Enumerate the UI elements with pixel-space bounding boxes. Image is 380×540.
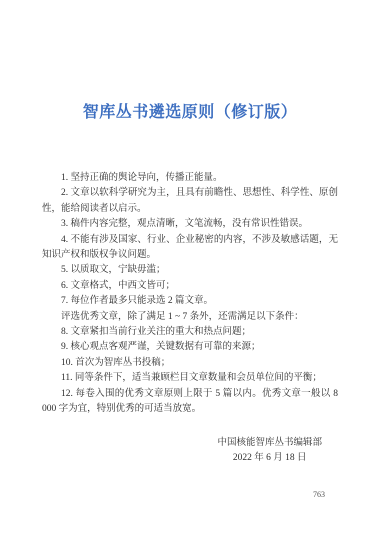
document-page: 智库丛书遴选原则（修订版） 1. 坚持正确的舆论导向，传播正能量。 2. 文章以… [0,0,380,540]
document-body: 1. 坚持正确的舆论导向，传播正能量。 2. 文章以软科学研究为主，且具有前瞻性… [42,171,338,466]
list-item-1: 1. 坚持正确的舆论导向，传播正能量。 [42,171,338,186]
signature-date: 2022 年 6 月 18 日 [217,451,322,466]
signature-block: 中国核能智库丛书编辑部 2022 年 6 月 18 日 [217,436,322,467]
list-item-3: 3. 稿件内容完整，观点清晰，文笔流畅，没有常识性错误。 [42,217,338,232]
list-item-4: 4. 不能有涉及国家、行业、企业秘密的内容，不涉及敏感话题，无知识产权和版权争议… [42,233,338,264]
list-item-11: 11. 同等条件下，适当兼顾栏目文章数量和会员单位间的平衡； [42,371,338,386]
list-item-2: 2. 文章以软科学研究为主，且具有前瞻性、思想性、科学性、原创性，能给阅读者以启… [42,186,338,217]
page-number: 763 [313,490,325,499]
signature-org: 中国核能智库丛书编辑部 [217,436,322,451]
connector-paragraph: 评选优秀文章，除了满足 1 ~ 7 条外，还需满足以下条件： [42,310,338,325]
list-item-7: 7. 每位作者最多只能录选 2 篇文章。 [42,294,338,309]
list-item-6: 6. 文章格式，中西文皆可； [42,279,338,294]
list-item-10: 10. 首次为智库丛书投稿； [42,356,338,371]
list-item-8: 8. 文章紧扣当前行业关注的重大和热点问题； [42,325,338,340]
page-title: 智库丛书遴选原则（修订版） [0,0,380,122]
list-item-12: 12. 每卷入围的优秀文章原则上限于 5 篇以内。优秀文章一般以 8 000 字… [42,387,338,418]
list-item-5: 5. 以质取文，宁缺毋滥； [42,263,338,278]
list-item-9: 9. 核心观点客观严谨，关键数据有可靠的来源； [42,340,338,355]
